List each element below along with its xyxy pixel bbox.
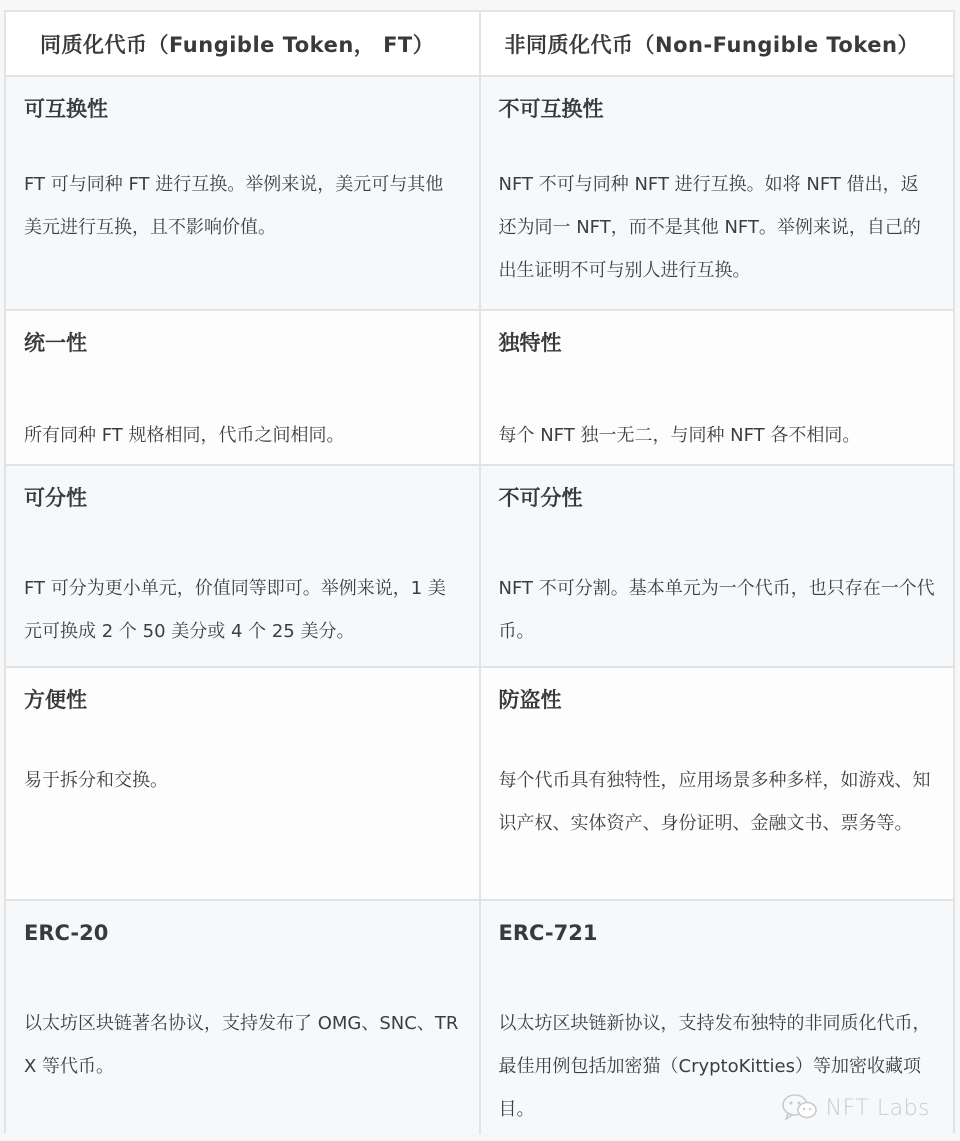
property-description: 所有同种 FT 规格相同，代币之间相同。 <box>24 414 461 457</box>
property-description: 每个代币具有独特性，应用场景多种多样，如游戏、知识产权、实体资产、身份证明、金融… <box>499 759 936 845</box>
watermark: NFT Labs <box>780 1093 930 1123</box>
table-cell-ft: 可互换性 FT 可与同种 FT 进行互换。举例来说，美元可与其他美元进行互换，且… <box>6 76 480 310</box>
table-cell-ft: 方便性 易于拆分和交换。 <box>6 667 480 900</box>
table-row: 可分性 FT 可分为更小单元，价值同等即可。举例来说，1 美元可换成 2 个 5… <box>6 465 953 667</box>
property-title: 可互换性 <box>24 93 461 125</box>
property-description: NFT 不可与同种 NFT 进行互换。如将 NFT 借出，返还为同一 NFT，而… <box>499 163 936 292</box>
ft-vs-nft-comparison-table: 同质化代币（Fungible Token， FT） 非同质化代币（Non-Fun… <box>6 12 953 1134</box>
watermark-text: NFT Labs <box>826 1096 930 1121</box>
property-title: 独特性 <box>499 327 936 359</box>
property-description: 以太坊区块链著名协议，支持发布了 OMG、SNC、TRX 等代币。 <box>24 1002 461 1088</box>
table-cell-ft: ERC-20 以太坊区块链著名协议，支持发布了 OMG、SNC、TRX 等代币。 <box>6 900 480 1134</box>
property-description: FT 可分为更小单元，价值同等即可。举例来说，1 美元可换成 2 个 50 美分… <box>24 567 461 653</box>
property-description: NFT 不可分割。基本单元为一个代币，也只存在一个代币。 <box>499 567 936 653</box>
table-cell-nft: 防盗性 每个代币具有独特性，应用场景多种多样，如游戏、知识产权、实体资产、身份证… <box>480 667 954 900</box>
property-description: 每个 NFT 独一无二，与同种 NFT 各不相同。 <box>499 414 936 457</box>
property-title: ERC-20 <box>24 917 461 949</box>
header-non-fungible-token: 非同质化代币（Non-Fungible Token） <box>480 12 954 76</box>
table-row: 统一性 所有同种 FT 规格相同，代币之间相同。 独特性 每个 NFT 独一无二… <box>6 310 953 465</box>
property-title: 方便性 <box>24 684 461 716</box>
table-cell-nft: 不可互换性 NFT 不可与同种 NFT 进行互换。如将 NFT 借出，返还为同一… <box>480 76 954 310</box>
table-cell-nft: 独特性 每个 NFT 独一无二，与同种 NFT 各不相同。 <box>480 310 954 465</box>
header-fungible-token: 同质化代币（Fungible Token， FT） <box>6 12 480 76</box>
property-title: 不可分性 <box>499 482 936 514</box>
property-title: ERC-721 <box>499 917 936 949</box>
table-cell-ft: 可分性 FT 可分为更小单元，价值同等即可。举例来说，1 美元可换成 2 个 5… <box>6 465 480 667</box>
table-header-row: 同质化代币（Fungible Token， FT） 非同质化代币（Non-Fun… <box>6 12 953 76</box>
wechat-icon <box>780 1093 820 1123</box>
comparison-table-container: 同质化代币（Fungible Token， FT） 非同质化代币（Non-Fun… <box>4 10 955 1133</box>
property-title: 可分性 <box>24 482 461 514</box>
table-row: 可互换性 FT 可与同种 FT 进行互换。举例来说，美元可与其他美元进行互换，且… <box>6 76 953 310</box>
property-description: FT 可与同种 FT 进行互换。举例来说，美元可与其他美元进行互换，且不影响价值… <box>24 163 461 249</box>
property-description: 易于拆分和交换。 <box>24 759 461 802</box>
property-title: 不可互换性 <box>499 93 936 125</box>
table-cell-nft: 不可分性 NFT 不可分割。基本单元为一个代币，也只存在一个代币。 <box>480 465 954 667</box>
property-title: 防盗性 <box>499 684 936 716</box>
property-title: 统一性 <box>24 327 461 359</box>
table-cell-ft: 统一性 所有同种 FT 规格相同，代币之间相同。 <box>6 310 480 465</box>
table-row: 方便性 易于拆分和交换。 防盗性 每个代币具有独特性，应用场景多种多样，如游戏、… <box>6 667 953 900</box>
